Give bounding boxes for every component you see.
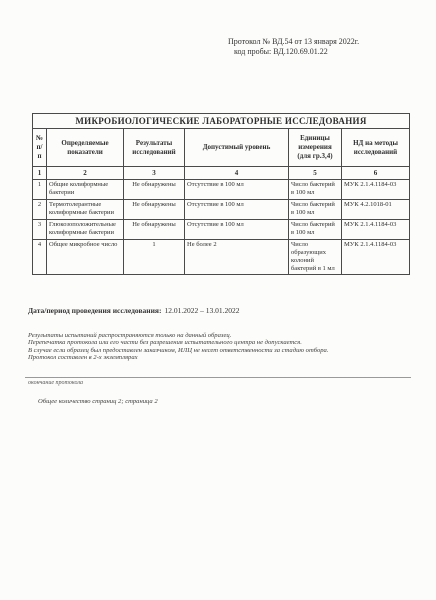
column-number: 1: [33, 167, 47, 180]
protocol-header: Протокол № ВД.54 от 13 января 2022г. код…: [228, 37, 359, 57]
cell-units: Число бактерий в 100 мл: [289, 180, 342, 200]
cell-allowed: Отсутствие в 100 мл: [185, 200, 289, 220]
cell-allowed: Отсутствие в 100 мл: [185, 220, 289, 240]
cell-indicator: Глюкозоположительные колиформные бактери…: [47, 220, 124, 240]
cell-result: Не обнаружены: [124, 220, 185, 240]
table-row: 3 Глюкозоположительные колиформные бакте…: [33, 220, 410, 240]
scanned-protocol-page: Протокол № ВД.54 от 13 января 2022г. код…: [0, 0, 436, 600]
row-num: 4: [33, 240, 47, 275]
column-number: 6: [342, 167, 410, 180]
column-number: 5: [289, 167, 342, 180]
cell-method: МУК 4.2.1018-01: [342, 200, 410, 220]
column-number: 4: [185, 167, 289, 180]
note-line: Результаты испытаний распространяются то…: [28, 332, 408, 339]
cell-method: МУК 2.1.4.1184-03: [342, 220, 410, 240]
research-date-line: Дата/период проведения исследования:12.0…: [28, 306, 239, 315]
column-numbers-row: 1 2 3 4 5 6: [33, 167, 410, 180]
header-method-docs: НД на методы исследований: [342, 129, 410, 167]
table-row: 2 Термотолерантные колиформные бактерии …: [33, 200, 410, 220]
cell-allowed: Не более 2: [185, 240, 289, 275]
row-num: 3: [33, 220, 47, 240]
cell-result: Не обнаружены: [124, 180, 185, 200]
table-row: 4 Общее микробное число 1 Не более 2 Чис…: [33, 240, 410, 275]
column-number: 2: [47, 167, 124, 180]
protocol-number-line: Протокол № ВД.54 от 13 января 2022г.: [228, 37, 359, 47]
separator-line: [25, 377, 411, 378]
note-line: В случае если образец был предоставлен з…: [28, 347, 408, 354]
cell-units: Число бактерий в 100 мл: [289, 200, 342, 220]
cell-method: МУК 2.1.4.1184-03: [342, 240, 410, 275]
cell-units: Число образующих колоний бактерий в 1 мл: [289, 240, 342, 275]
header-units: Единицы измерения (для гр.3,4): [289, 129, 342, 167]
row-num: 1: [33, 180, 47, 200]
cell-units: Число бактерий в 100 мл: [289, 220, 342, 240]
header-indicators: Определяемые показатели: [47, 129, 124, 167]
table-title-row: МИКРОБИОЛОГИЧЕСКИЕ ЛАБОРАТОРНЫЕ ИССЛЕДОВ…: [33, 114, 410, 129]
cell-method: МУК 2.1.4.1184-03: [342, 180, 410, 200]
disclaimer-notes: Результаты испытаний распространяются то…: [28, 332, 408, 361]
table-row: 1 Общие колиформные бактерии Не обнаруже…: [33, 180, 410, 200]
header-results: Результаты исследований: [124, 129, 185, 167]
research-date-label: Дата/период проведения исследования:: [28, 306, 161, 315]
cell-indicator: Общие колиформные бактерии: [47, 180, 124, 200]
sample-code-line: код пробы: ВД.120.69.01.22: [228, 47, 359, 57]
cell-allowed: Отсутствие в 100 мл: [185, 180, 289, 200]
table-title: МИКРОБИОЛОГИЧЕСКИЕ ЛАБОРАТОРНЫЕ ИССЛЕДОВ…: [33, 114, 410, 129]
row-num: 2: [33, 200, 47, 220]
protocol-end-note: окончание протокола: [28, 380, 83, 386]
cell-indicator: Общее микробное число: [47, 240, 124, 275]
header-row-number: № п/п: [33, 129, 47, 167]
page-count-line: Общее количество страниц 2; страница 2: [38, 398, 158, 405]
note-line: Протокол составлен в 2-х экземплярах: [28, 354, 408, 361]
cell-indicator: Термотолерантные колиформные бактерии: [47, 200, 124, 220]
research-date-value: 12.01.2022 – 13.01.2022: [161, 306, 239, 315]
note-line: Перепечатка протокола или его части без …: [28, 339, 408, 346]
table-header-row: № п/п Определяемые показатели Результаты…: [33, 129, 410, 167]
column-number: 3: [124, 167, 185, 180]
cell-result: 1: [124, 240, 185, 275]
microbiology-results-table: МИКРОБИОЛОГИЧЕСКИЕ ЛАБОРАТОРНЫЕ ИССЛЕДОВ…: [32, 113, 410, 275]
header-allowed-level: Допустимый уровень: [185, 129, 289, 167]
cell-result: Не обнаружены: [124, 200, 185, 220]
